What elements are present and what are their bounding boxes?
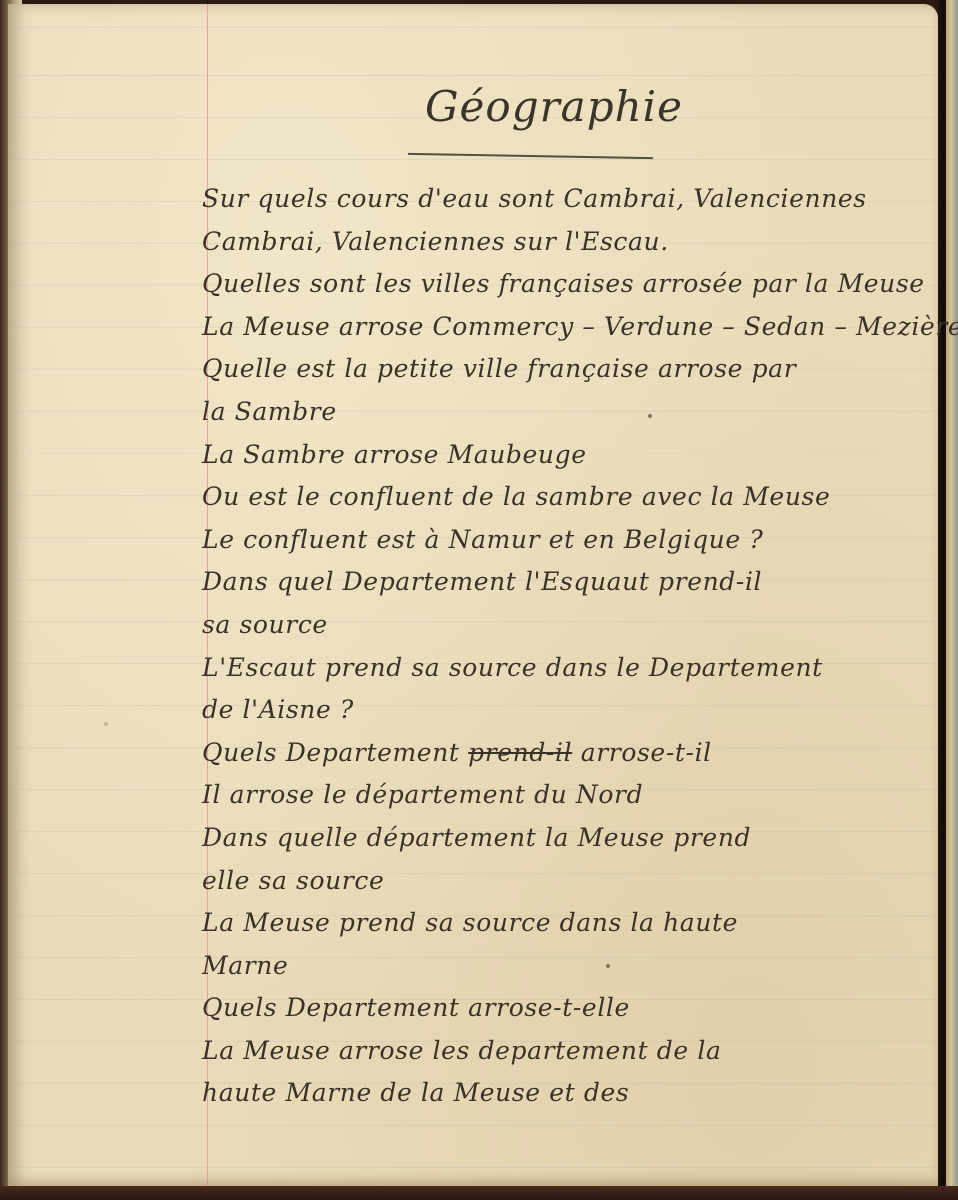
text-line: La Meuse arrose Commercy – Verdune – Sed… bbox=[202, 306, 937, 349]
text-line: Ou est le confluent de la sambre avec la… bbox=[202, 476, 937, 519]
text-line: haute Marne de la Meuse et des bbox=[202, 1072, 937, 1115]
text-line: Cambrai, Valenciennes sur l'Escau. bbox=[202, 221, 937, 264]
text-segment: arrose-t-il bbox=[572, 738, 712, 767]
text-line: sa source bbox=[202, 604, 937, 647]
ink-speck bbox=[606, 964, 610, 968]
ink-speck bbox=[648, 414, 652, 418]
text-line: Il arrose le département du Nord bbox=[202, 774, 937, 817]
text-line: Le confluent est à Namur et en Belgique … bbox=[202, 519, 937, 562]
notebook-bottom-edge bbox=[0, 1186, 958, 1200]
text-line: Quelle est la petite ville française arr… bbox=[202, 348, 937, 391]
text-line: La Meuse prend sa source dans la haute bbox=[202, 902, 937, 945]
text-line-with-strikethrough: Quels Departement prend-il arrose-t-il bbox=[202, 732, 937, 775]
text-line: Quelles sont les villes françaises arros… bbox=[202, 263, 937, 306]
text-line: elle sa source bbox=[202, 860, 937, 903]
text-line: La Sambre arrose Maubeuge bbox=[202, 434, 937, 477]
text-line: L'Escaut prend sa source dans le Departe… bbox=[202, 647, 937, 690]
paper-speck bbox=[104, 722, 108, 726]
text-segment: Quels Departement bbox=[202, 738, 468, 767]
notebook-cover-edge bbox=[946, 0, 958, 1190]
text-line: Marne bbox=[202, 945, 937, 988]
text-line: Sur quels cours d'eau sont Cambrai, Vale… bbox=[202, 178, 937, 221]
text-line: Quels Departement arrose-t-elle bbox=[202, 987, 937, 1030]
text-line: la Sambre bbox=[202, 391, 937, 434]
text-line: Dans quel Departement l'Esquaut prend-il bbox=[202, 561, 937, 604]
handwritten-text: Sur quels cours d'eau sont Cambrai, Vale… bbox=[202, 178, 937, 1115]
struck-text: prend-il bbox=[468, 738, 572, 767]
text-line: de l'Aisne ? bbox=[202, 689, 937, 732]
text-line: La Meuse arrose les departement de la bbox=[202, 1030, 937, 1073]
text-line: Dans quelle département la Meuse prend bbox=[202, 817, 937, 860]
page-title: Géographie bbox=[425, 82, 683, 131]
